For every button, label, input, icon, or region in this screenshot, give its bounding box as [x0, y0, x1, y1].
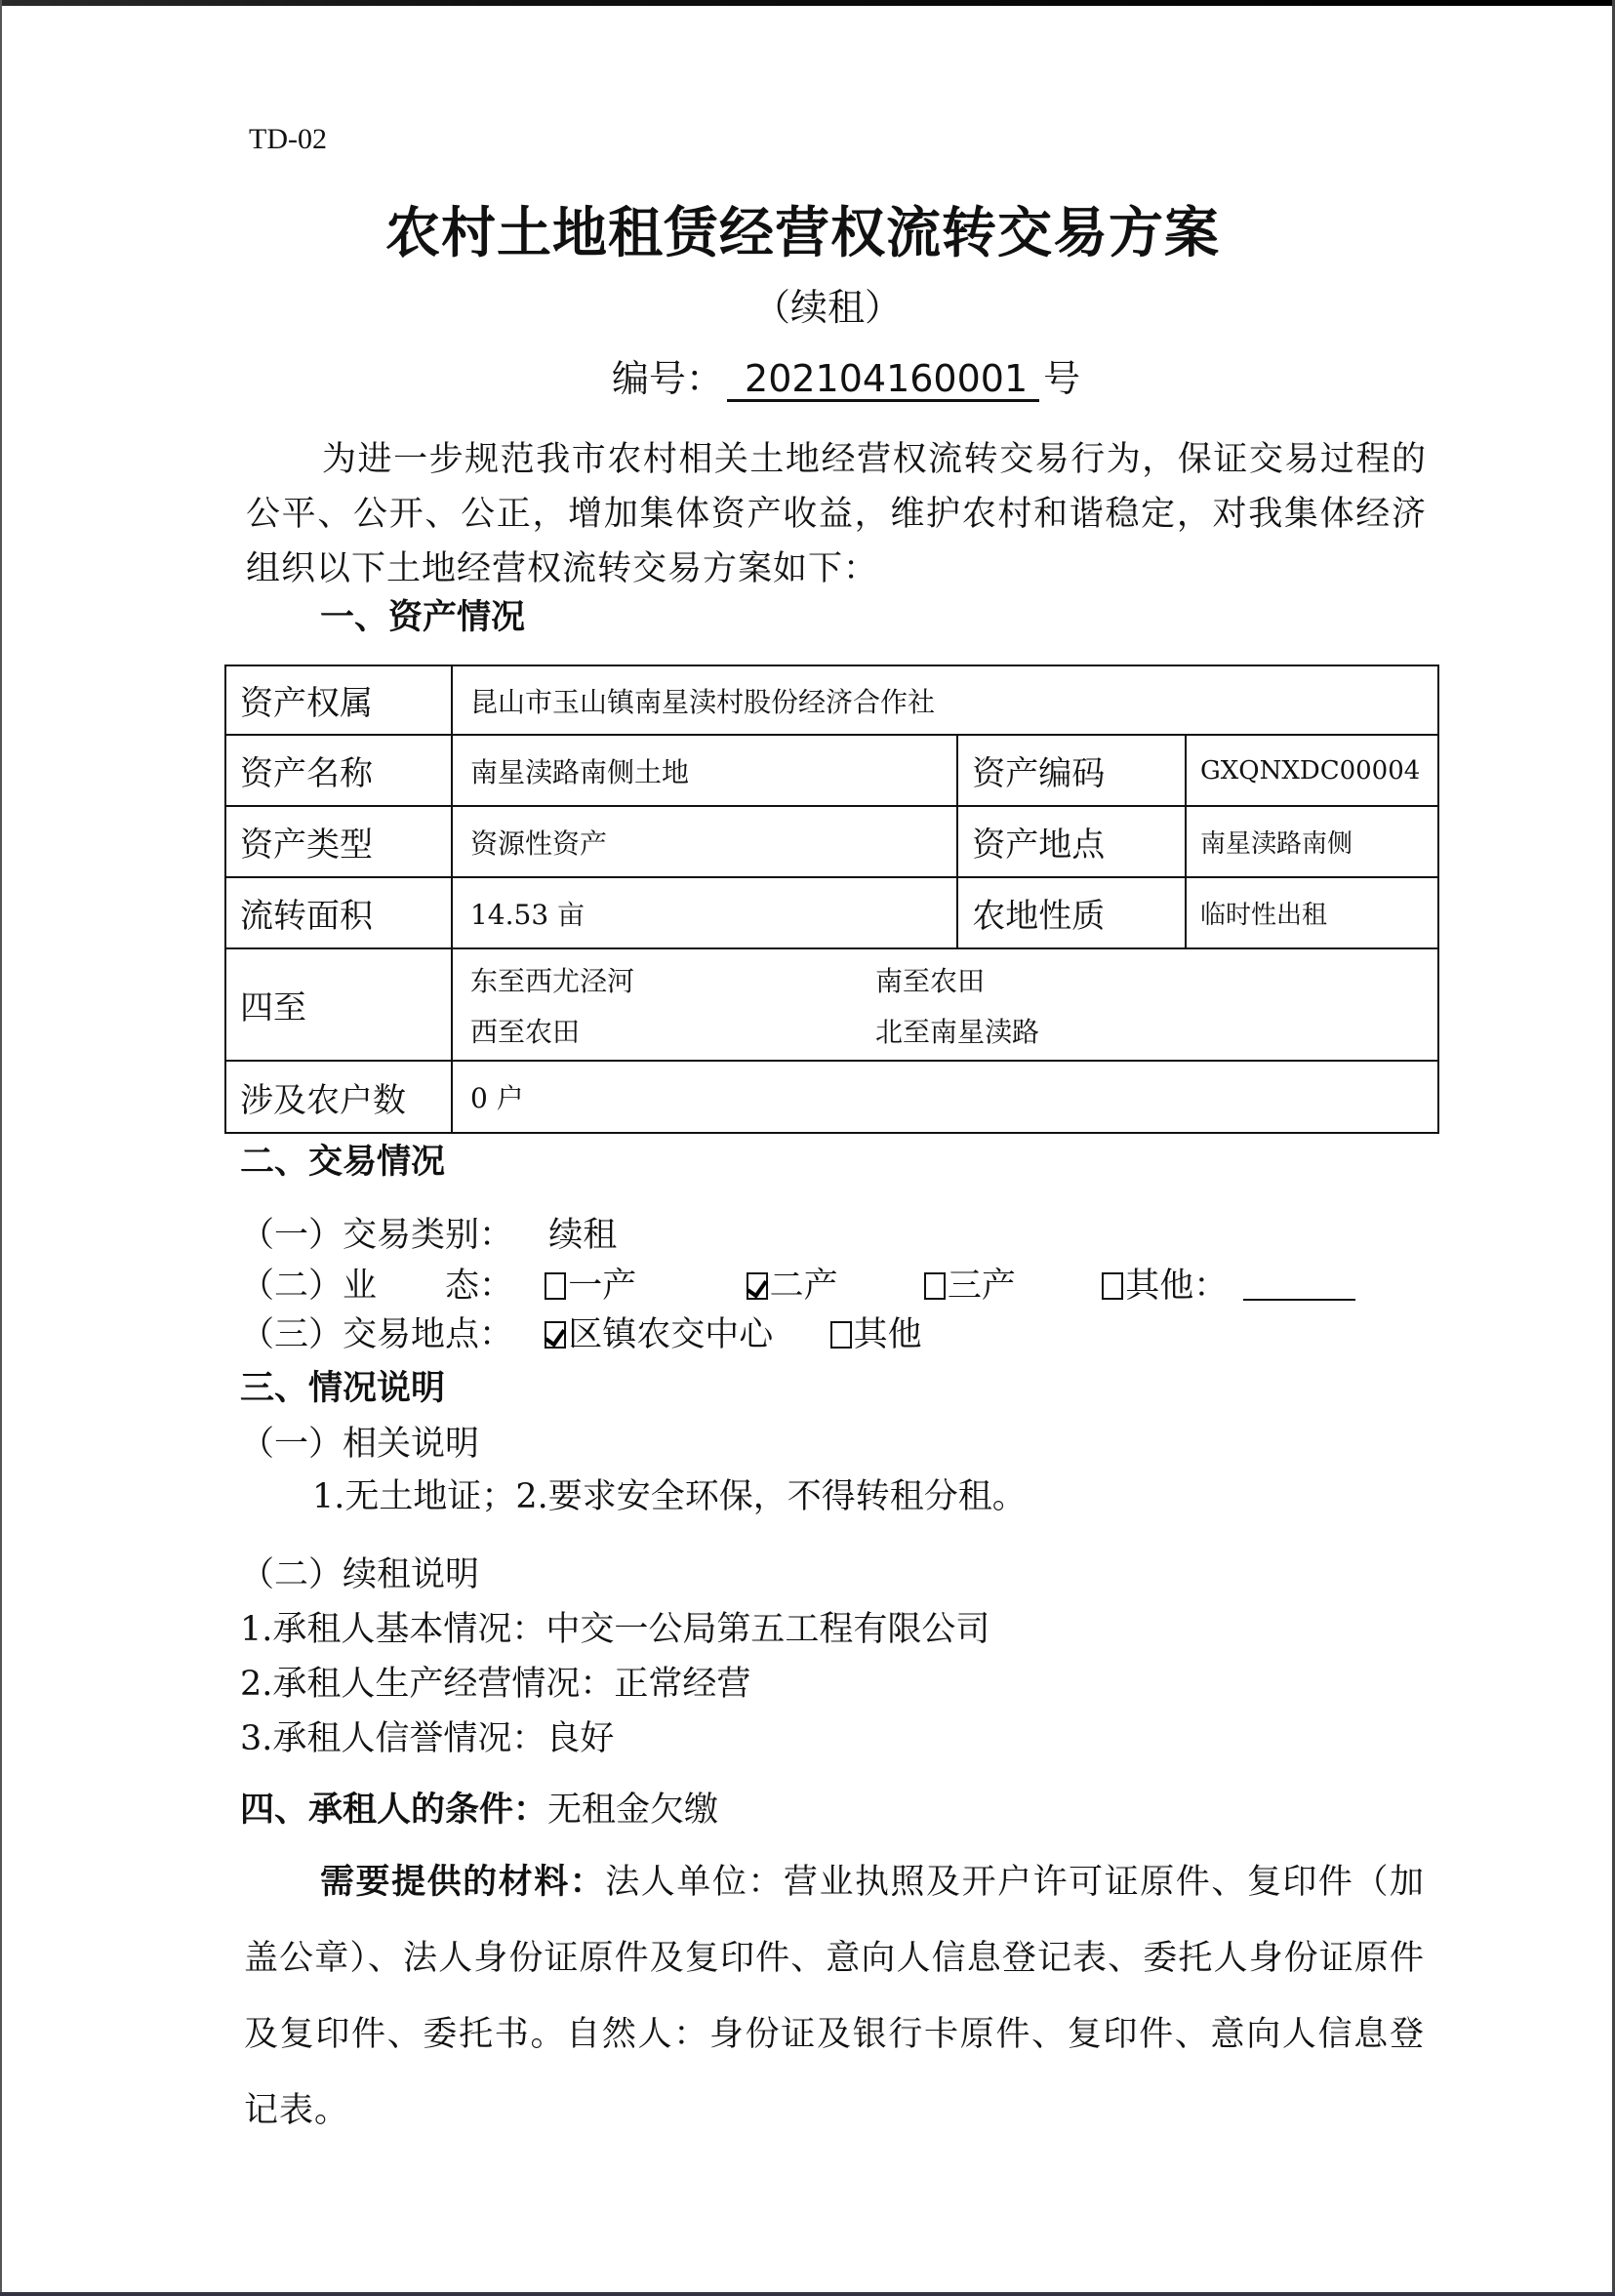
checkbox-unchecked-icon[interactable] [924, 1272, 946, 1300]
transaction-type-label: （一）交易类别： [240, 1216, 513, 1255]
land-nature-value: 临时性出租 [1186, 877, 1438, 948]
table-row: 资产类型 资源性资产 资产地点 南星渎路南侧 [225, 806, 1438, 877]
intro-paragraph: 为进一步规范我市农村相关土地经营权流转交易行为，保证交易过程的公平、公开、公正，… [246, 432, 1427, 596]
renewal-item-credit: 3.承租人信誉情况：良好 [240, 1712, 614, 1760]
households-label: 涉及农户数 [225, 1061, 452, 1133]
form-code: TD-02 [249, 123, 327, 156]
boundary-west: 西至农田 [470, 1011, 875, 1050]
lessee-conditions-value: 无租金欠缴 [547, 1791, 718, 1830]
asset-name-value: 南星渎路南侧土地 [452, 735, 957, 806]
renewal-item-operation: 2.承租人生产经营情况：正常经营 [240, 1657, 750, 1706]
boundary-south: 南至农田 [875, 960, 1266, 999]
number-label: 编号： [612, 357, 723, 400]
venue-option-center[interactable]: 区镇农交中心 [545, 1315, 773, 1354]
asset-location-value: 南星渎路南侧 [1186, 806, 1438, 877]
number-suffix: 号 [1043, 357, 1080, 400]
industry-option-primary[interactable]: 一产 [545, 1267, 636, 1306]
venue-row: （三）交易地点： 区镇农交中心 其他 [240, 1308, 922, 1356]
scan-edge-left [0, 0, 2, 2296]
table-row: 四至 东至西尤泾河 南至农田 西至农田 北至南星渎路 [225, 948, 1438, 1061]
households-value: 0 户 [452, 1061, 1438, 1133]
asset-table: 资产权属 昆山市玉山镇南星渎村股份经济合作社 资产名称 南星渎路南侧土地 资产编… [224, 665, 1439, 1134]
asset-name-label: 资产名称 [225, 735, 452, 806]
boundaries-label: 四至 [225, 948, 452, 1061]
renewal-notes-heading: （二）续租说明 [240, 1548, 479, 1596]
ownership-label: 资产权属 [225, 665, 452, 735]
checkbox-checked-icon[interactable] [747, 1272, 768, 1300]
table-row: 流转面积 14.53 亩 农地性质 临时性出租 [225, 877, 1438, 948]
related-notes-text: 1.无土地证；2.要求安全环保，不得转租分租。 [312, 1470, 1027, 1518]
industry-option-tertiary[interactable]: 三产 [924, 1267, 1016, 1306]
checkbox-unchecked-icon[interactable] [545, 1272, 566, 1300]
checkbox-checked-icon[interactable] [545, 1321, 566, 1349]
transaction-type-row: （一）交易类别： 续租 [240, 1208, 617, 1257]
industry-option-secondary[interactable]: 二产 [747, 1267, 838, 1306]
section-heading-explanation: 三、情况说明 [240, 1361, 445, 1410]
boundary-north: 北至南星渎路 [875, 1011, 1266, 1050]
document-subtitle: （续租） [753, 277, 902, 331]
number-value: 202104160001 [727, 358, 1039, 402]
document-number: 编号：202104160001号 [612, 348, 1080, 402]
boundary-east: 东至西尤泾河 [470, 960, 875, 999]
table-row: 资产权属 昆山市玉山镇南星渎村股份经济合作社 [225, 665, 1438, 735]
industry-row: （二）业 态： 一产 二产 三产 其他： [240, 1259, 1355, 1308]
asset-type-value: 资源性资产 [452, 806, 957, 877]
venue-label: （三）交易地点： [240, 1315, 513, 1354]
lessee-conditions: 四、承租人的条件：无租金欠缴 [240, 1783, 718, 1832]
scan-edge-bottom [0, 2292, 1615, 2296]
transaction-type-value: 续租 [548, 1216, 617, 1255]
table-row: 资产名称 南星渎路南侧土地 资产编码 GXQNXDC00004 [225, 735, 1438, 806]
section-heading-transaction: 二、交易情况 [240, 1135, 445, 1184]
checkbox-unchecked-icon[interactable] [830, 1321, 852, 1349]
boundaries-cell: 东至西尤泾河 南至农田 西至农田 北至南星渎路 [452, 948, 1438, 1061]
venue-option-other[interactable]: 其他 [830, 1315, 922, 1354]
materials-text: 法人单位：营业执照及开户许可证原件、复印件（加盖公章）、法人身份证原件及复印件、… [244, 1863, 1425, 2130]
scan-edge-top [0, 0, 1615, 6]
renewal-item-basic: 1.承租人基本情况：中交一公局第五工程有限公司 [240, 1602, 989, 1651]
asset-location-label: 资产地点 [957, 806, 1186, 877]
document-title: 农村土地租赁经营权流转交易方案 [385, 190, 1220, 268]
land-nature-label: 农地性质 [957, 877, 1186, 948]
industry-option-other[interactable]: 其他： [1102, 1267, 1228, 1306]
other-industry-blank[interactable] [1243, 1299, 1355, 1301]
table-row: 涉及农户数 0 户 [225, 1061, 1438, 1133]
section-heading-assets: 一、资产情况 [320, 590, 525, 639]
lessee-conditions-heading: 四、承租人的条件： [240, 1791, 547, 1830]
area-label: 流转面积 [225, 877, 452, 948]
materials-label: 需要提供的材料： [320, 1863, 605, 1902]
asset-code-value: GXQNXDC00004 [1186, 735, 1438, 806]
area-value: 14.53 亩 [452, 877, 957, 948]
checkbox-unchecked-icon[interactable] [1102, 1272, 1123, 1300]
asset-code-label: 资产编码 [957, 735, 1186, 806]
industry-label: （二）业 态： [240, 1267, 513, 1306]
asset-type-label: 资产类型 [225, 806, 452, 877]
related-notes-heading: （一）相关说明 [240, 1417, 479, 1466]
ownership-value: 昆山市玉山镇南星渎村股份经济合作社 [452, 665, 1438, 735]
required-materials: 需要提供的材料：法人单位：营业执照及开户许可证原件、复印件（加盖公章）、法人身份… [244, 1844, 1425, 2149]
